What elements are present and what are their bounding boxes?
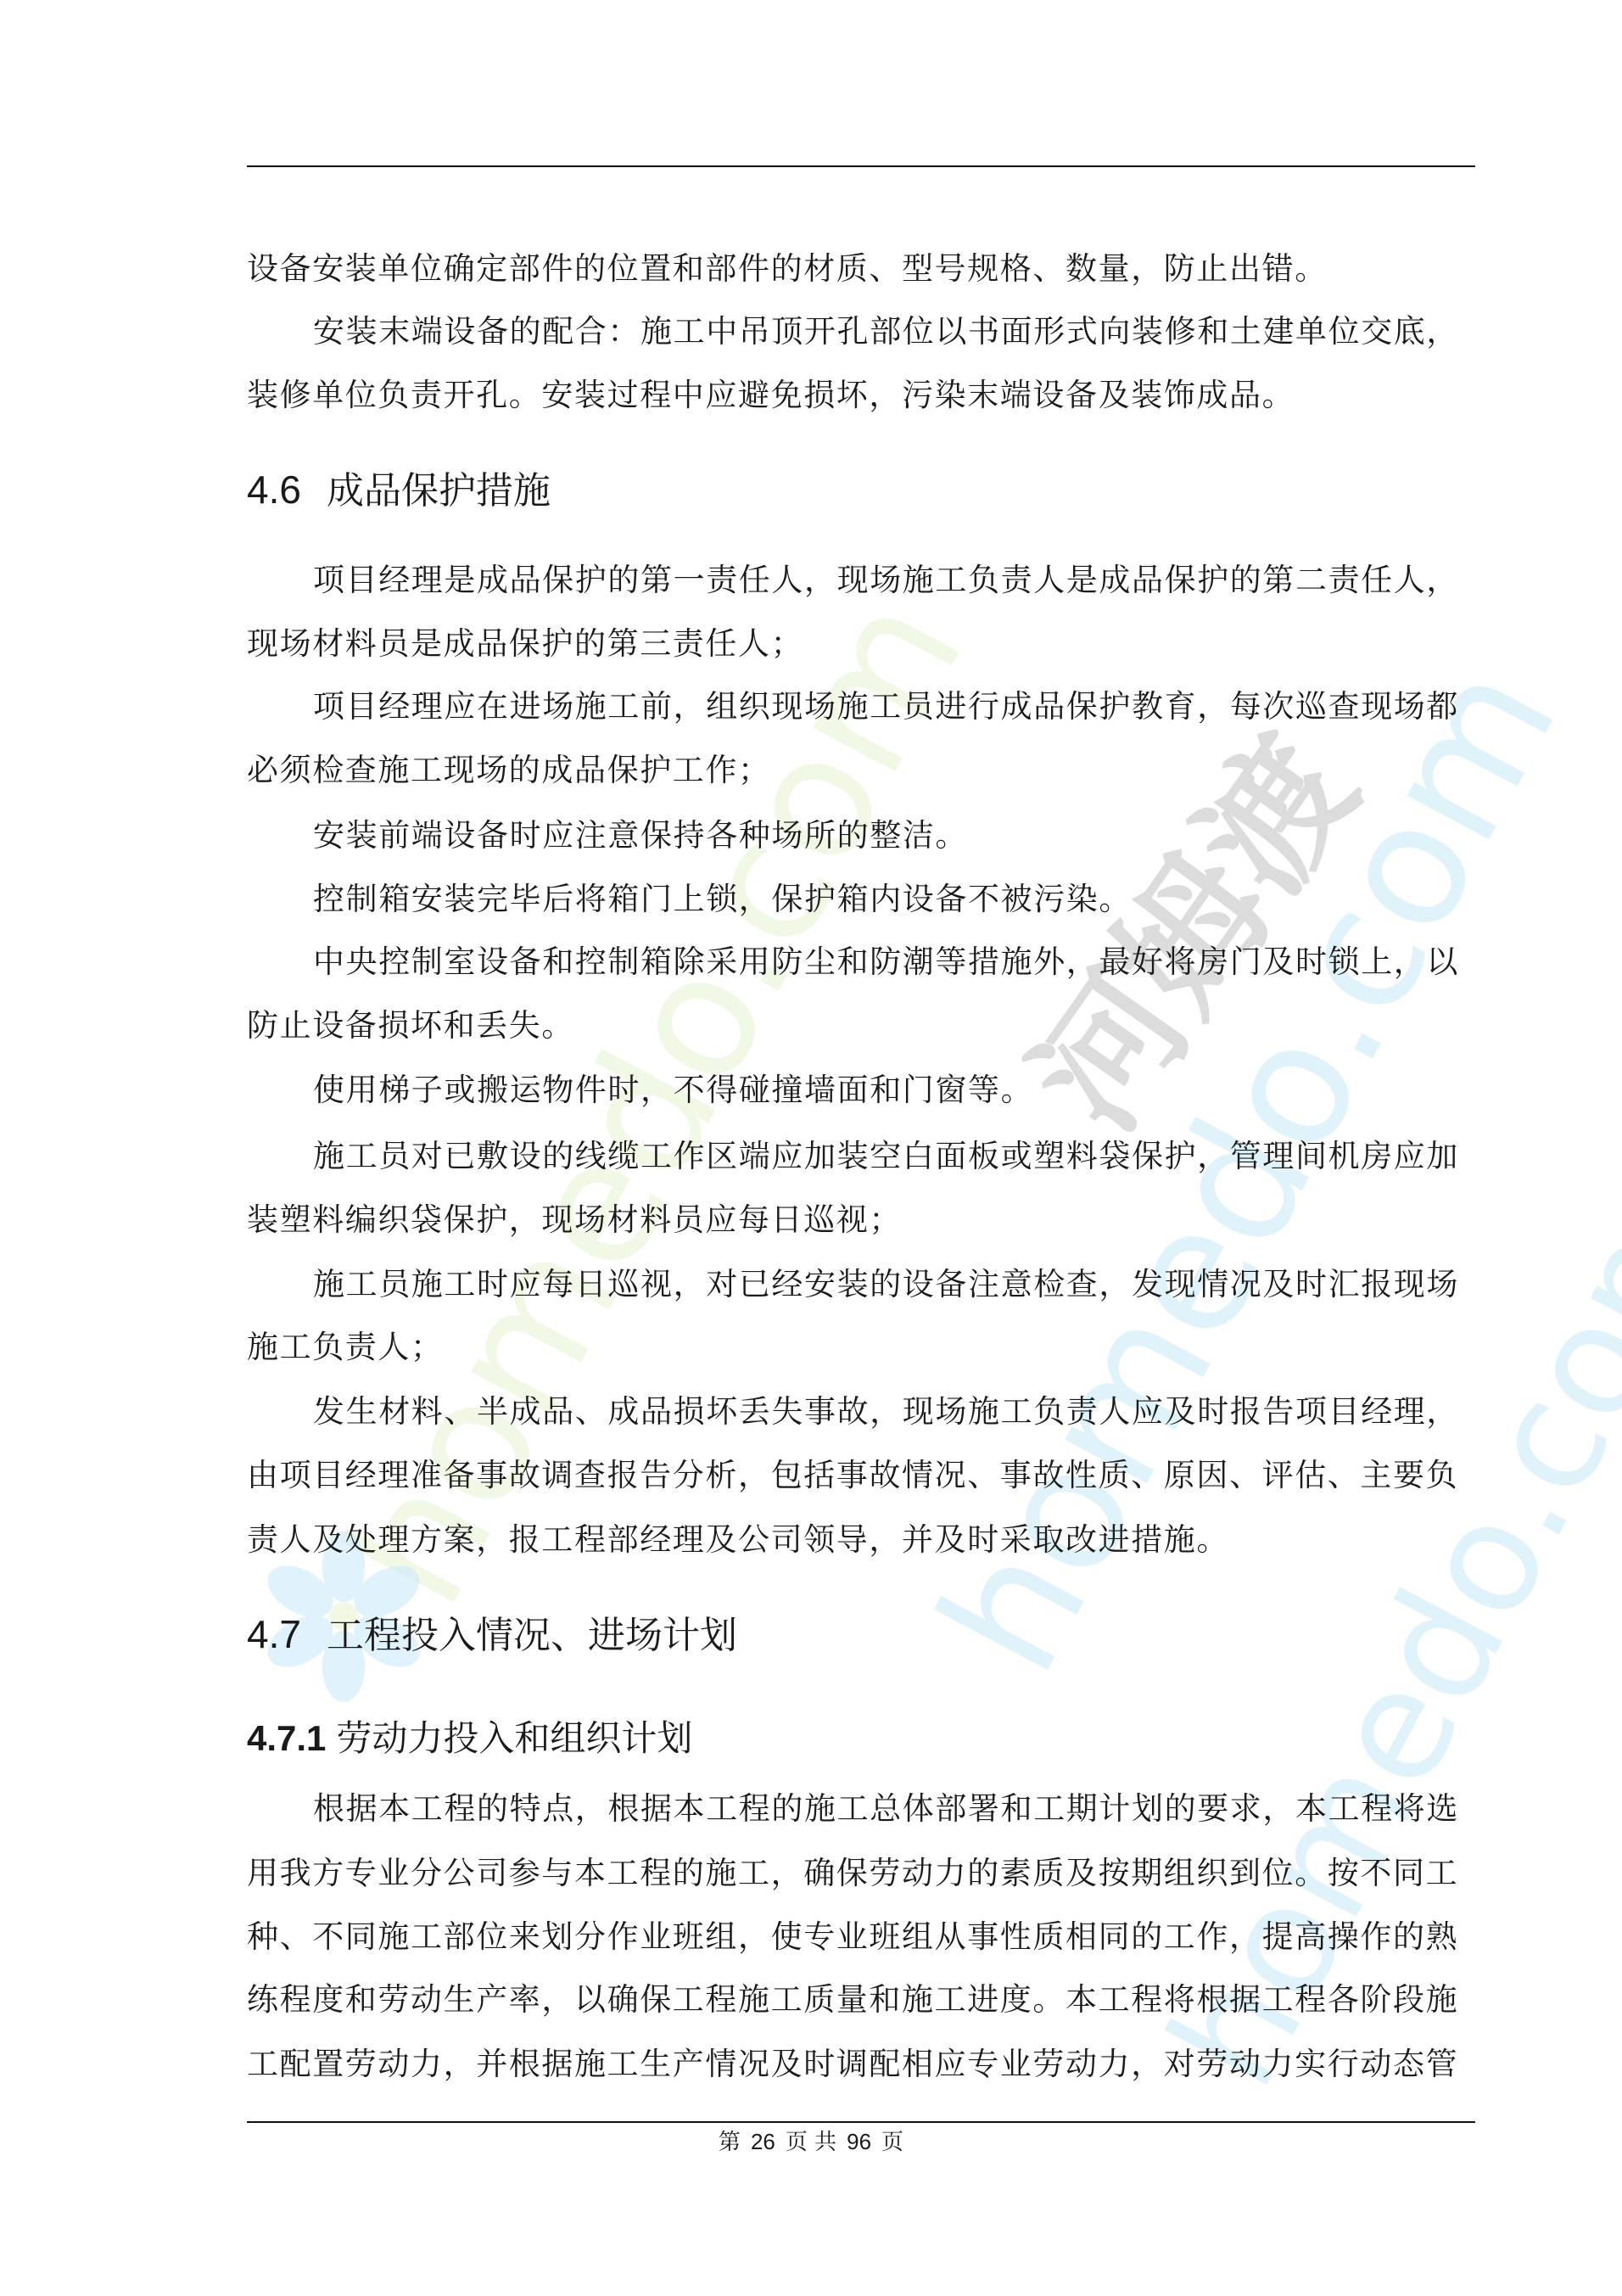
document-page: homedo.com homedo.com homedo.com 河姆渡 设备安… xyxy=(0,0,1622,2296)
paragraph-line: 责人及处理方案，报工程部经理及公司领导，并及时采取改进措施。 xyxy=(247,1521,1229,1559)
section-heading-4-7: 4.7工程投入情况、进场计划 xyxy=(247,1610,737,1660)
paragraph-line: 施工员对已敷设的线缆工作区端应加装空白面板或塑料袋保护，管理间机房应加 xyxy=(313,1138,1459,1175)
paragraph-line: 项目经理是成品保护的第一责任人，现场施工负责人是成品保护的第二责任人， xyxy=(313,562,1459,599)
section-heading-4-6: 4.6成品保护措施 xyxy=(247,466,551,515)
paragraph-line: 现场材料员是成品保护的第三责任人； xyxy=(247,625,803,663)
paragraph-line: 发生材料、半成品、成品损坏丢失事故，现场施工负责人应及时报告项目经理， xyxy=(313,1393,1459,1431)
section-title: 成品保护措施 xyxy=(327,469,551,512)
paragraph-line: 必须检查施工现场的成品保护工作； xyxy=(247,752,771,789)
paragraph-line: 控制箱安装完毕后将箱门上锁，保护箱内设备不被污染。 xyxy=(313,881,1132,918)
paragraph-line: 中央控制室设备和控制箱除采用防尘和防潮等措施外，最好将房门及时锁上，以 xyxy=(313,944,1459,981)
subsection-number: 4.7.1 xyxy=(247,1718,326,1758)
section-title: 工程投入情况、进场计划 xyxy=(327,1614,737,1657)
current-page-number: 26 xyxy=(751,2129,775,2154)
section-number: 4.7 xyxy=(247,1612,301,1656)
paragraph-line: 项目经理应在进场施工前，组织现场施工员进行成品保护教育，每次巡查现场都 xyxy=(313,688,1459,725)
paragraph-line: 根据本工程的特点，根据本工程的施工总体部署和工期计划的要求，本工程将选 xyxy=(313,1790,1459,1828)
paragraph-line: 装塑料编织袋保护，现场材料员应每日巡视； xyxy=(247,1201,902,1239)
paragraph-line: 由项目经理准备事故调查报告分析，包括事故情况、事故性质、原因、评估、主要负 xyxy=(247,1457,1458,1494)
paragraph-line: 安装前端设备时应注意保持各种场所的整洁。 xyxy=(313,817,968,854)
page-number-footer: 第26页 共96页 xyxy=(0,2128,1622,2156)
paragraph-line: 装修单位负责开孔。安装过程中应避免损坏，污染末端设备及装饰成品。 xyxy=(247,377,1295,414)
paragraph-line: 安装末端设备的配合：施工中吊顶开孔部位以书面形式向装修和土建单位交底， xyxy=(313,313,1459,350)
footer-prefix: 第 xyxy=(719,2130,741,2155)
footer-mid: 页 共 xyxy=(786,2130,836,2155)
paragraph-line: 设备安装单位确定部件的位置和部件的材质、型号规格、数量，防止出错。 xyxy=(247,250,1328,288)
paragraph-line: 使用梯子或搬运物件时，不得碰撞墙面和门窗等。 xyxy=(313,1072,1033,1109)
section-number: 4.6 xyxy=(247,468,301,512)
header-rule xyxy=(247,165,1475,167)
paragraph-line: 工配置劳动力，并根据施工生产情况及时调配相应专业劳动力，对劳动力实行动态管 xyxy=(247,2046,1458,2083)
watermark-brand-cn: 河姆渡 xyxy=(976,689,1394,1162)
subsection-title: 劳动力投入和组织计划 xyxy=(336,1717,692,1759)
paragraph-line: 施工员施工时应每日巡视，对已经安装的设备注意检查，发现情况及时汇报现场 xyxy=(313,1266,1459,1303)
footer-rule xyxy=(247,2121,1475,2123)
paragraph-line: 用我方专业分公司参与本工程的施工，确保劳动力的素质及按期组织到位。按不同工 xyxy=(247,1855,1458,1892)
total-pages-number: 96 xyxy=(847,2129,871,2154)
paragraph-line: 练程度和劳动生产率，以确保工程施工质量和施工进度。本工程将根据工程各阶段施 xyxy=(247,1981,1458,2019)
paragraph-line: 种、不同施工部位来划分作业班组，使专业班组从事性质相同的工作，提高操作的熟 xyxy=(247,1918,1458,1956)
paragraph-line: 施工负责人； xyxy=(247,1329,444,1366)
subsection-heading-4-7-1: 4.7.1劳动力投入和组织计划 xyxy=(247,1716,692,1761)
footer-suffix: 页 xyxy=(881,2130,903,2155)
paragraph-line: 防止设备损坏和丢失。 xyxy=(247,1007,574,1044)
